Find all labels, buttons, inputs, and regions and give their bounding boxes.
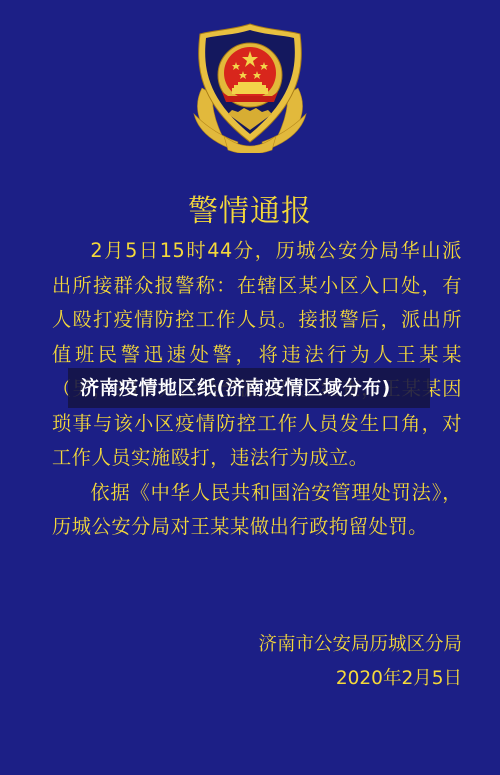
issuer-name: 济南市公安局历城区分局 [258,628,462,662]
notice-signature: 济南市公安局历城区分局 2020年2月5日 [258,628,462,696]
notice-title: 警情通报 [0,186,500,230]
police-notice-poster: 警情通报 2月5日15时44分，历城公安分局华山派出所接群众报警称：在辖区某小区… [0,0,500,775]
notice-paragraph: 依据《中华人民共和国治安管理处罚法》，历城公安分局对王某某做出行政拘留处罚。 [52,476,462,545]
notice-paragraph: 2月5日15时44分，历城公安分局华山派出所接群众报警称：在辖区某小区入口处，有… [52,234,462,476]
issue-date: 2020年2月5日 [258,662,462,696]
police-emblem-icon [188,18,312,153]
overlay-caption: 济南疫情地区纸(济南疫情区域分布) [68,368,430,408]
